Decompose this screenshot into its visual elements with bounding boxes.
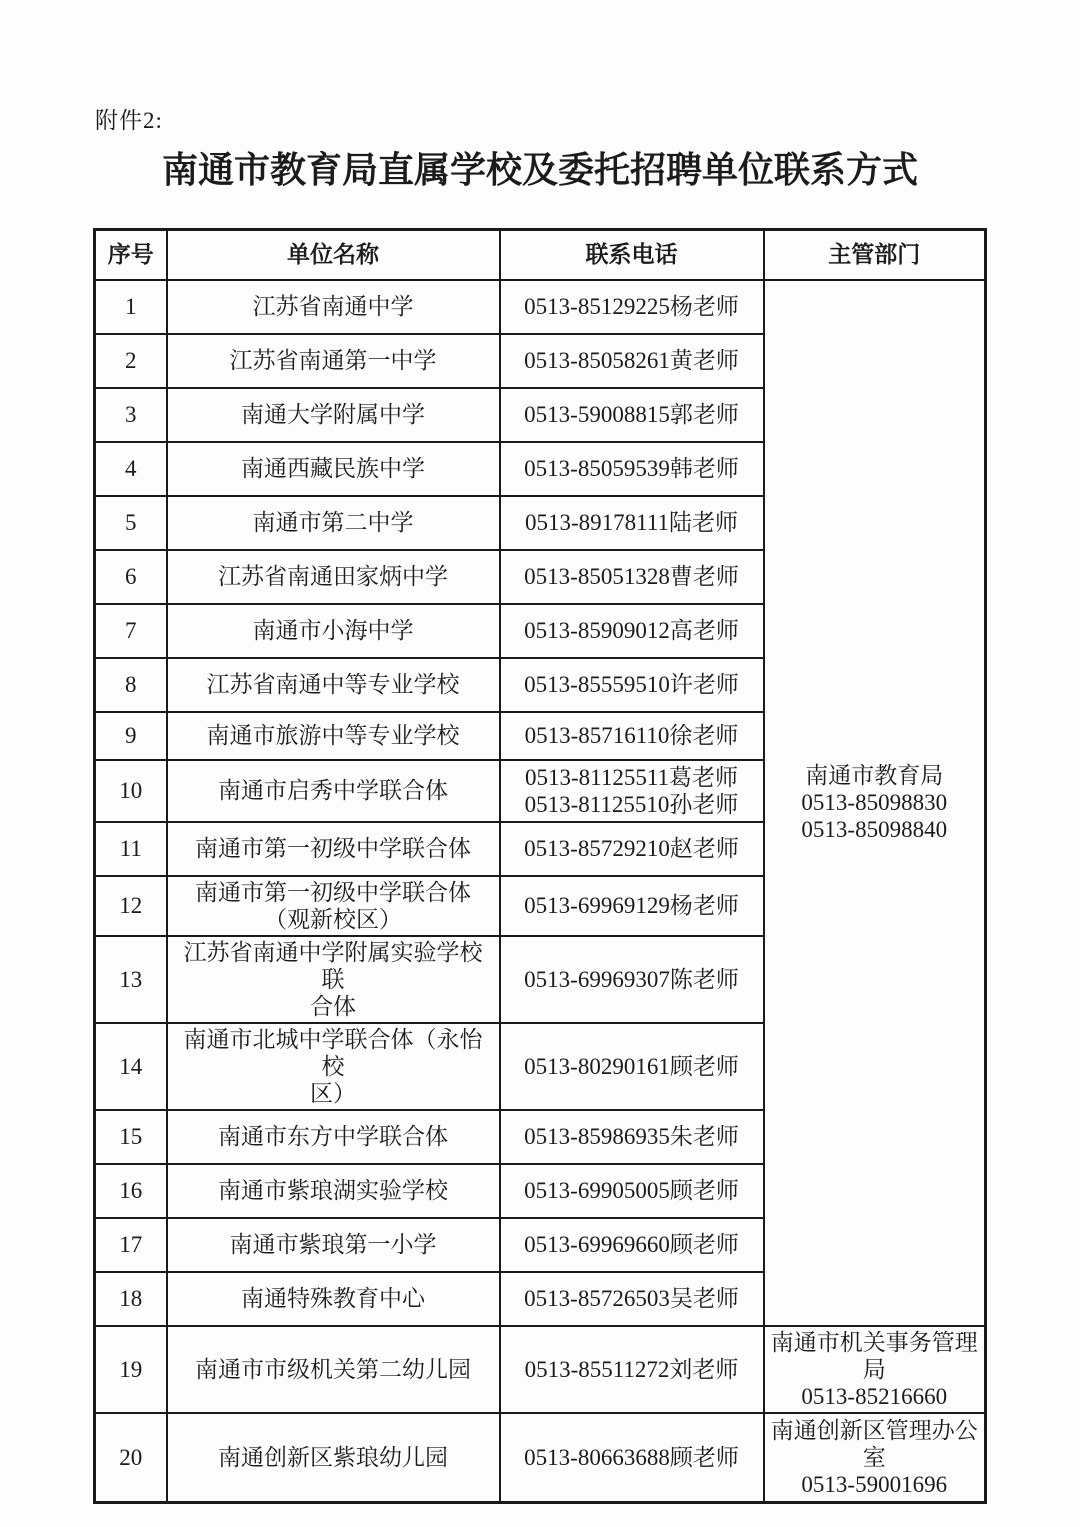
unit-name-cell: 江苏省南通第一中学: [167, 334, 500, 388]
unit-name-cell: 江苏省南通中学: [167, 280, 500, 334]
row-number-cell: 19: [95, 1326, 167, 1413]
supervisor-line: 南通创新区管理办公: [770, 1417, 980, 1444]
phone-cell: 0513-89178111陆老师: [500, 496, 764, 550]
unit-name-cell: 南通市北城中学联合体（永怡校区）: [167, 1023, 500, 1110]
unit-name-line: 南通创新区紫琅幼儿园: [173, 1444, 494, 1471]
phone-cell: 0513-80663688顾老师: [500, 1413, 764, 1503]
unit-name-line: 江苏省南通第一中学: [173, 347, 494, 374]
phone-line: 0513-85559510许老师: [506, 671, 758, 698]
row-number-cell: 18: [95, 1272, 167, 1326]
unit-name-line: 合体: [173, 993, 494, 1020]
unit-name-cell: 南通市东方中学联合体: [167, 1110, 500, 1164]
row-number-cell: 20: [95, 1413, 167, 1503]
row-number-cell: 17: [95, 1218, 167, 1272]
phone-cell: 0513-59008815郭老师: [500, 388, 764, 442]
table-row: 1江苏省南通中学0513-85129225杨老师南通市教育局0513-85098…: [95, 280, 986, 334]
unit-name-cell: 南通市紫琅湖实验学校: [167, 1164, 500, 1218]
row-number-cell: 7: [95, 604, 167, 658]
phone-cell: 0513-69969307陈老师: [500, 936, 764, 1023]
unit-name-line: 江苏省南通中等专业学校: [173, 671, 494, 698]
document-page: 附件2: 南通市教育局直属学校及委托招聘单位联系方式 序号 单位名称 联系电话 …: [0, 0, 1080, 1527]
table-row: 20南通创新区紫琅幼儿园0513-80663688顾老师南通创新区管理办公室05…: [95, 1413, 986, 1503]
phone-line: 0513-69969129杨老师: [506, 892, 758, 919]
phone-cell: 0513-85059539韩老师: [500, 442, 764, 496]
phone-line: 0513-81125511葛老师: [506, 764, 758, 791]
phone-line: 0513-89178111陆老师: [506, 509, 758, 536]
row-number-cell: 11: [95, 822, 167, 876]
table-row: 19南通市市级机关第二幼儿园0513-85511272刘老师南通市机关事务管理局…: [95, 1326, 986, 1413]
row-number-cell: 13: [95, 936, 167, 1023]
header-cell-supervisor: 主管部门: [764, 230, 986, 280]
unit-name-line: 南通市第一初级中学联合体: [173, 879, 494, 906]
unit-name-cell: 江苏省南通中学附属实验学校联合体: [167, 936, 500, 1023]
unit-name-cell: 江苏省南通中等专业学校: [167, 658, 500, 712]
row-number-cell: 8: [95, 658, 167, 712]
phone-cell: 0513-85559510许老师: [500, 658, 764, 712]
unit-name-cell: 南通市小海中学: [167, 604, 500, 658]
page-title: 南通市教育局直属学校及委托招聘单位联系方式: [0, 142, 1080, 193]
phone-cell: 0513-85726503吴老师: [500, 1272, 764, 1326]
row-number-cell: 9: [95, 712, 167, 760]
row-number-cell: 15: [95, 1110, 167, 1164]
unit-name-line: 南通市北城中学联合体（永怡校: [173, 1026, 494, 1080]
phone-cell: 0513-85058261黄老师: [500, 334, 764, 388]
unit-name-cell: 南通市第一初级中学联合体: [167, 822, 500, 876]
phone-line: 0513-85511272刘老师: [506, 1356, 758, 1383]
attachment-label: 附件2:: [95, 102, 163, 135]
supervisor-line: 南通市机关事务管理: [770, 1329, 980, 1356]
unit-name-cell: 南通市旅游中等专业学校: [167, 712, 500, 760]
header-cell-unit-name: 单位名称: [167, 230, 500, 280]
unit-name-line: 南通市小海中学: [173, 617, 494, 644]
supervisor-line: 0513-85098830: [770, 789, 980, 816]
unit-name-line: 江苏省南通中学附属实验学校联: [173, 939, 494, 993]
phone-line: 0513-81125510孙老师: [506, 791, 758, 818]
phone-line: 0513-69905005顾老师: [506, 1177, 758, 1204]
supervisor-line: 室: [770, 1444, 980, 1471]
unit-name-line: （观新校区）: [173, 906, 494, 933]
header-cell-phone: 联系电话: [500, 230, 764, 280]
phone-cell: 0513-85051328曹老师: [500, 550, 764, 604]
supervisor-line: 0513-85098840: [770, 816, 980, 843]
supervisor-merged-cell: 南通市教育局0513-850988300513-85098840: [764, 280, 986, 1326]
unit-name-line: 南通市紫琅湖实验学校: [173, 1177, 494, 1204]
unit-name-cell: 南通市第一初级中学联合体（观新校区）: [167, 876, 500, 936]
phone-line: 0513-85909012高老师: [506, 617, 758, 644]
unit-name-line: 南通市旅游中等专业学校: [173, 722, 494, 749]
row-number-cell: 16: [95, 1164, 167, 1218]
phone-cell: 0513-85511272刘老师: [500, 1326, 764, 1413]
unit-name-line: 南通大学附属中学: [173, 401, 494, 428]
row-number-cell: 12: [95, 876, 167, 936]
unit-name-line: 南通市市级机关第二幼儿园: [173, 1356, 494, 1383]
supervisor-cell: 南通市机关事务管理局0513-85216660: [764, 1326, 986, 1413]
unit-name-cell: 南通创新区紫琅幼儿园: [167, 1413, 500, 1503]
unit-name-line: 南通市启秀中学联合体: [173, 777, 494, 804]
phone-cell: 0513-85909012高老师: [500, 604, 764, 658]
phone-line: 0513-59008815郭老师: [506, 401, 758, 428]
phone-line: 0513-85716110徐老师: [506, 722, 758, 749]
phone-line: 0513-85051328曹老师: [506, 563, 758, 590]
phone-line: 0513-85058261黄老师: [506, 347, 758, 374]
phone-cell: 0513-69905005顾老师: [500, 1164, 764, 1218]
header-cell-number: 序号: [95, 230, 167, 280]
phone-line: 0513-85726503吴老师: [506, 1285, 758, 1312]
supervisor-line: 0513-85216660: [770, 1383, 980, 1410]
unit-name-cell: 南通市启秀中学联合体: [167, 760, 500, 822]
phone-line: 0513-69969660顾老师: [506, 1231, 758, 1258]
phone-cell: 0513-69969660顾老师: [500, 1218, 764, 1272]
row-number-cell: 10: [95, 760, 167, 822]
phone-cell: 0513-85129225杨老师: [500, 280, 764, 334]
phone-line: 0513-85129225杨老师: [506, 293, 758, 320]
unit-name-line: 区）: [173, 1080, 494, 1107]
row-number-cell: 14: [95, 1023, 167, 1110]
phone-cell: 0513-69969129杨老师: [500, 876, 764, 936]
row-number-cell: 2: [95, 334, 167, 388]
unit-name-line: 江苏省南通中学: [173, 293, 494, 320]
unit-name-line: 南通市第二中学: [173, 509, 494, 536]
unit-name-line: 南通市紫琅第一小学: [173, 1231, 494, 1258]
unit-name-cell: 南通特殊教育中心: [167, 1272, 500, 1326]
phone-cell: 0513-85716110徐老师: [500, 712, 764, 760]
phone-line: 0513-80663688顾老师: [506, 1444, 758, 1471]
phone-line: 0513-85729210赵老师: [506, 835, 758, 862]
supervisor-line: 0513-59001696: [770, 1471, 980, 1498]
unit-name-line: 江苏省南通田家炳中学: [173, 563, 494, 590]
phone-line: 0513-80290161顾老师: [506, 1053, 758, 1080]
phone-line: 0513-69969307陈老师: [506, 966, 758, 993]
phone-cell: 0513-85729210赵老师: [500, 822, 764, 876]
unit-name-line: 南通市第一初级中学联合体: [173, 835, 494, 862]
unit-name-cell: 南通大学附属中学: [167, 388, 500, 442]
phone-line: 0513-85059539韩老师: [506, 455, 758, 482]
phone-line: 0513-85986935朱老师: [506, 1123, 758, 1150]
row-number-cell: 4: [95, 442, 167, 496]
phone-cell: 0513-85986935朱老师: [500, 1110, 764, 1164]
supervisor-line: 南通市教育局: [770, 762, 980, 789]
row-number-cell: 5: [95, 496, 167, 550]
supervisor-cell: 南通创新区管理办公室0513-59001696: [764, 1413, 986, 1503]
unit-name-line: 南通市东方中学联合体: [173, 1123, 494, 1150]
unit-name-line: 南通特殊教育中心: [173, 1285, 494, 1312]
row-number-cell: 6: [95, 550, 167, 604]
unit-name-cell: 江苏省南通田家炳中学: [167, 550, 500, 604]
phone-cell: 0513-80290161顾老师: [500, 1023, 764, 1110]
unit-name-cell: 南通市市级机关第二幼儿园: [167, 1326, 500, 1413]
phone-cell: 0513-81125511葛老师0513-81125510孙老师: [500, 760, 764, 822]
unit-name-cell: 南通西藏民族中学: [167, 442, 500, 496]
contact-table: 序号 单位名称 联系电话 主管部门 1江苏省南通中学0513-85129225杨…: [93, 228, 987, 1504]
row-number-cell: 1: [95, 280, 167, 334]
table-header-row: 序号 单位名称 联系电话 主管部门: [95, 230, 986, 280]
supervisor-line: 局: [770, 1356, 980, 1383]
row-number-cell: 3: [95, 388, 167, 442]
unit-name-line: 南通西藏民族中学: [173, 455, 494, 482]
unit-name-cell: 南通市第二中学: [167, 496, 500, 550]
unit-name-cell: 南通市紫琅第一小学: [167, 1218, 500, 1272]
